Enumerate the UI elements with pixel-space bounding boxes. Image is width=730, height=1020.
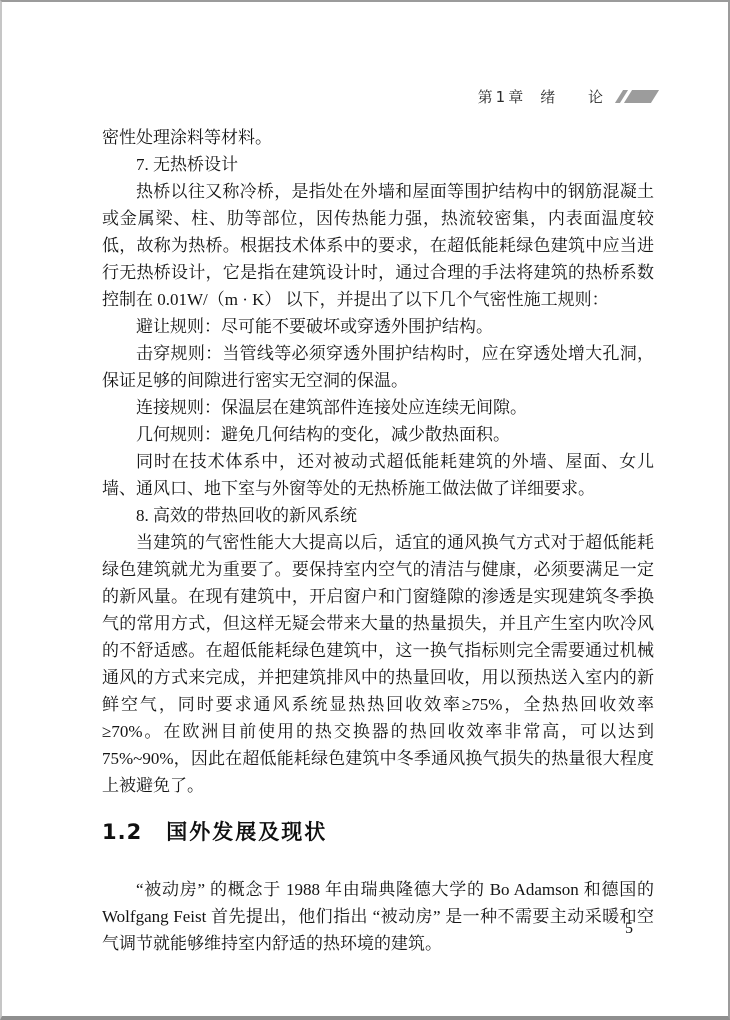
page-body: 密性处理涂料等材料。 7. 无热桥设计 热桥以往又称冷桥，是指处在外墙和屋面等围… xyxy=(102,124,654,957)
subheading-8: 8. 高效的带热回收的新风系统 xyxy=(102,502,654,529)
slash-thick-icon xyxy=(624,90,659,103)
book-page: 第1章 绪 论 密性处理涂料等材料。 7. 无热桥设计 热桥以往又称冷桥，是指处… xyxy=(0,0,730,1020)
paragraph: 同时在技术体系中，还对被动式超低能耗建筑的外墙、屋面、女儿墙、通风口、地下室与外… xyxy=(102,448,654,502)
chapter-label: 第1章 xyxy=(478,86,527,107)
paragraph: 当建筑的气密性能大大提高以后，适宜的通风换气方式对于超低能耗绿色建筑就尤为重要了… xyxy=(102,529,654,799)
header-slashes xyxy=(619,90,655,104)
subheading-7: 7. 无热桥设计 xyxy=(102,151,654,178)
chapter-title: 绪 论 xyxy=(540,86,617,107)
running-header: 第1章 绪 论 xyxy=(478,86,655,107)
paragraph-rule-penetrate: 击穿规则：当管线等必须穿透外围护结构时，应在穿透处增大孔洞，保证足够的间隙进行密… xyxy=(102,340,654,394)
section-heading-1-2: 1.2 国外发展及现状 xyxy=(102,819,654,846)
paragraph-rule-connect: 连接规则：保温层在建筑部件连接处应连续无间隙。 xyxy=(102,394,654,421)
section-number: 1.2 xyxy=(102,819,142,846)
paragraph-rule-geometry: 几何规则：避免几何结构的变化，减少散热面积。 xyxy=(102,421,654,448)
paragraph: 热桥以往又称冷桥，是指处在外墙和屋面等围护结构中的钢筋混凝土或金属梁、柱、肋等部… xyxy=(102,178,654,313)
paragraph-rule-avoid: 避让规则：尽可能不要破坏或穿透外围护结构。 xyxy=(102,313,654,340)
paragraph: 密性处理涂料等材料。 xyxy=(102,124,654,151)
page-number: 5 xyxy=(625,920,633,938)
section-title: 国外发展及现状 xyxy=(166,819,327,846)
paragraph: “被动房” 的概念于 1988 年由瑞典隆德大学的 Bo Adamson 和德国… xyxy=(102,876,654,957)
